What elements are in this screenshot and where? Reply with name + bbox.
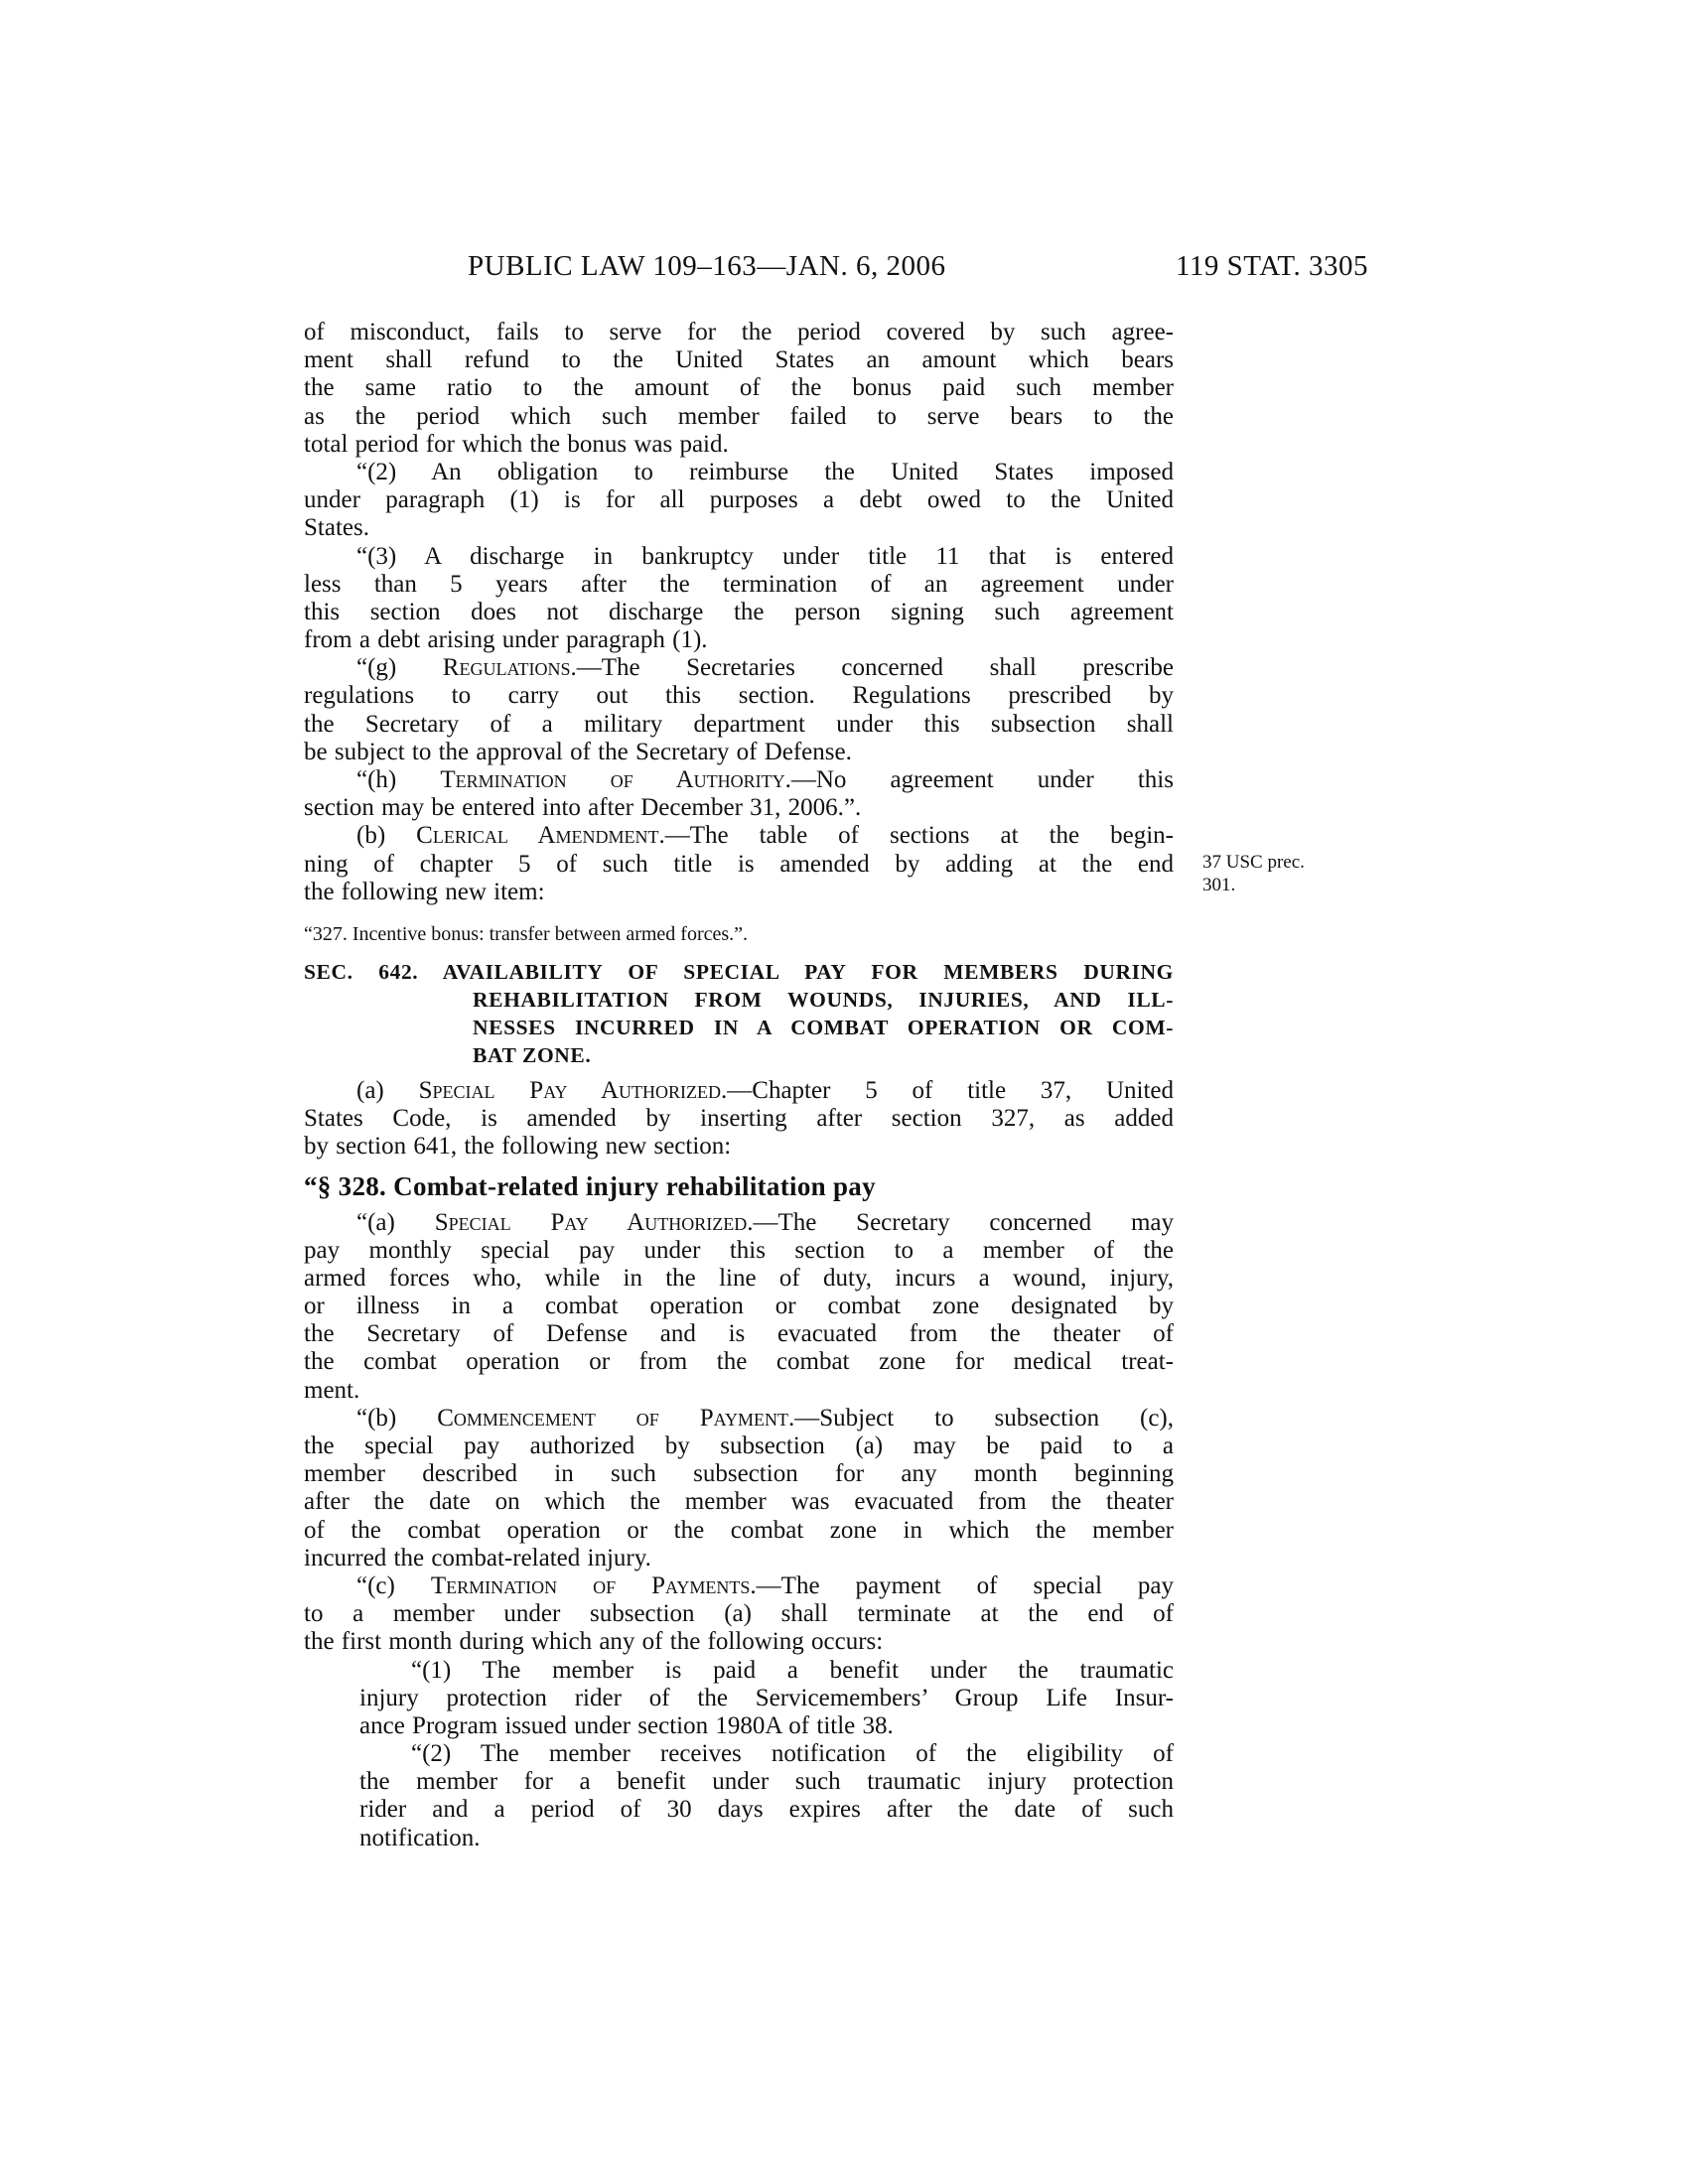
text-line: regulations to carry out this section. R… bbox=[304, 682, 1174, 710]
subsection-label: “(g) bbox=[356, 654, 443, 681]
document-body: of misconduct, fails to serve for the pe… bbox=[304, 319, 1174, 1852]
text-line: “(2) The member receives notification of… bbox=[304, 1740, 1174, 1768]
section-328-heading: “§ 328. Combat-related injury rehabilita… bbox=[304, 1171, 1174, 1201]
text-line: (a) Special Pay Authorized.—Chapter 5 of… bbox=[304, 1077, 1174, 1105]
text-line: “(a) Special Pay Authorized.—The Secreta… bbox=[304, 1209, 1174, 1237]
text-line: (b) Clerical Amendment.—The table of sec… bbox=[304, 822, 1174, 850]
text-line: ment shall refund to the United States a… bbox=[304, 346, 1174, 374]
text-line: from a debt arising under paragraph (1). bbox=[304, 626, 1174, 654]
text-line: the same ratio to the amount of the bonu… bbox=[304, 374, 1174, 402]
text-line: member described in such subsection for … bbox=[304, 1460, 1174, 1488]
section-heading-line: SEC. 642. AVAILABILITY OF SPECIAL PAY FO… bbox=[304, 958, 1174, 986]
text-line: pay monthly special pay under this secti… bbox=[304, 1237, 1174, 1265]
text-line: after the date on which the member was e… bbox=[304, 1488, 1174, 1516]
text-line: injury protection rider of the Serviceme… bbox=[304, 1685, 1174, 1712]
subsection-a-special-pay-authorized: (a) Special Pay Authorized.—Chapter 5 of… bbox=[304, 1077, 1174, 1161]
text-line: ment. bbox=[304, 1377, 1174, 1405]
text-line: “(2) An obligation to reimburse the Unit… bbox=[304, 459, 1174, 486]
table-of-sections-item: “327. Incentive bonus: transfer between … bbox=[304, 920, 1174, 948]
text-line: “(g) Regulations.—The Secretaries concer… bbox=[304, 654, 1174, 682]
subsection-b-clerical-amendment: (b) Clerical Amendment.—The table of sec… bbox=[304, 822, 1174, 906]
section-328-c: “(c) Termination of Payments.—The paymen… bbox=[304, 1572, 1174, 1657]
subsection-label: “(b) bbox=[356, 1405, 437, 1432]
text-line: ance Program issued under section 1980A … bbox=[304, 1712, 1174, 1740]
text-line: notification. bbox=[304, 1825, 1174, 1852]
spacer bbox=[304, 1069, 1174, 1077]
text-line: by section 641, the following new sectio… bbox=[304, 1133, 1174, 1160]
text-line: be subject to the approval of the Secret… bbox=[304, 739, 1174, 766]
text-line: as the period which such member failed t… bbox=[304, 403, 1174, 431]
text-fragment: —The table of sections at the begin- bbox=[665, 822, 1174, 849]
text-line: rider and a period of 30 days expires af… bbox=[304, 1796, 1174, 1824]
subsection-heading: Regulations. bbox=[443, 654, 577, 681]
text-fragment: —Chapter 5 of title 37, United bbox=[727, 1077, 1174, 1104]
subsection-label: “(a) bbox=[356, 1209, 435, 1236]
section-328-a: “(a) Special Pay Authorized.—The Secreta… bbox=[304, 1209, 1174, 1405]
subsection-heading: Special Pay Authorized. bbox=[435, 1209, 754, 1236]
text-line: the combat operation or from the combat … bbox=[304, 1348, 1174, 1376]
text-line: to a member under subsection (a) shall t… bbox=[304, 1600, 1174, 1628]
text-fragment: —Subject to subsection (c), bbox=[794, 1405, 1174, 1432]
text-line: the member for a benefit under such trau… bbox=[304, 1768, 1174, 1796]
text-line: States Code, is amended by inserting aft… bbox=[304, 1105, 1174, 1133]
text-line: armed forces who, while in the line of d… bbox=[304, 1265, 1174, 1293]
section-642-heading: SEC. 642. AVAILABILITY OF SPECIAL PAY FO… bbox=[304, 958, 1174, 1069]
section-heading-line: BAT ZONE. bbox=[304, 1041, 1174, 1069]
section-328-c-1: “(1) The member is paid a benefit under … bbox=[304, 1657, 1174, 1741]
subsection-heading: Clerical Amendment. bbox=[416, 822, 665, 849]
subsection-label: “(h) bbox=[356, 766, 440, 793]
text-line: ning of chapter 5 of such title is amend… bbox=[304, 851, 1174, 879]
text-line: incurred the combat-related injury. bbox=[304, 1545, 1174, 1572]
subsection-heading: Termination of Authority. bbox=[440, 766, 790, 793]
text-line: the Secretary of Defense and is evacuate… bbox=[304, 1320, 1174, 1348]
text-line: total period for which the bonus was pai… bbox=[304, 431, 1174, 459]
subsection-label: (a) bbox=[356, 1077, 419, 1104]
text-line: “(1) The member is paid a benefit under … bbox=[304, 1657, 1174, 1685]
text-line: of misconduct, fails to serve for the pe… bbox=[304, 319, 1174, 346]
text-line: States. bbox=[304, 514, 1174, 542]
subsection-g-regulations: “(g) Regulations.—The Secretaries concer… bbox=[304, 654, 1174, 766]
margin-note-line: 37 USC prec. bbox=[1202, 851, 1305, 874]
running-header-page-citation: 119 STAT. 3305 bbox=[1176, 250, 1368, 283]
section-328-c-2: “(2) The member receives notification of… bbox=[304, 1740, 1174, 1852]
text-line: section may be entered into after Decemb… bbox=[304, 794, 1174, 822]
running-header-title: PUBLIC LAW 109–163—JAN. 6, 2006 bbox=[468, 250, 945, 283]
section-328-b: “(b) Commencement of Payment.—Subject to… bbox=[304, 1405, 1174, 1572]
section-heading-line: REHABILITATION FROM WOUNDS, INJURIES, AN… bbox=[304, 986, 1174, 1014]
text-line: the following new item: bbox=[304, 879, 1174, 906]
subsection-heading: Special Pay Authorized. bbox=[419, 1077, 728, 1104]
text-line: less than 5 years after the termination … bbox=[304, 571, 1174, 599]
subsection-label: (b) bbox=[356, 822, 416, 849]
text-line: under paragraph (1) is for all purposes … bbox=[304, 486, 1174, 514]
subsection-heading: Termination of Payments. bbox=[431, 1572, 757, 1599]
text-line: the first month during which any of the … bbox=[304, 1628, 1174, 1656]
text-line: this section does not discharge the pers… bbox=[304, 599, 1174, 626]
margin-note-line: 301. bbox=[1202, 874, 1305, 896]
paragraph-3: “(3) A discharge in bankruptcy under tit… bbox=[304, 543, 1174, 655]
subsection-h-termination: “(h) Termination of Authority.—No agreem… bbox=[304, 766, 1174, 822]
text-fragment: —The Secretary concerned may bbox=[753, 1209, 1174, 1236]
text-line: “(3) A discharge in bankruptcy under tit… bbox=[304, 543, 1174, 571]
text-line: “(c) Termination of Payments.—The paymen… bbox=[304, 1572, 1174, 1600]
text-line: “(h) Termination of Authority.—No agreem… bbox=[304, 766, 1174, 794]
text-line: of the combat operation or the combat zo… bbox=[304, 1517, 1174, 1545]
subsection-label: “(c) bbox=[356, 1572, 431, 1599]
section-heading-line: NESSES INCURRED IN A COMBAT OPERATION OR… bbox=[304, 1014, 1174, 1041]
text-fragment: —No agreement under this bbox=[791, 766, 1174, 793]
paragraph-continuation: of misconduct, fails to serve for the pe… bbox=[304, 319, 1174, 459]
text-fragment: —The payment of special pay bbox=[757, 1572, 1174, 1599]
margin-note: 37 USC prec. 301. bbox=[1202, 851, 1305, 896]
text-line: “(b) Commencement of Payment.—Subject to… bbox=[304, 1405, 1174, 1433]
paragraph-2: “(2) An obligation to reimburse the Unit… bbox=[304, 459, 1174, 543]
text-fragment: —The Secretaries concerned shall prescri… bbox=[577, 654, 1174, 681]
text-line: the special pay authorized by subsection… bbox=[304, 1433, 1174, 1460]
subsection-heading: Commencement of Payment. bbox=[437, 1405, 794, 1432]
text-line: or illness in a combat operation or comb… bbox=[304, 1293, 1174, 1320]
text-line: the Secretary of a military department u… bbox=[304, 711, 1174, 739]
